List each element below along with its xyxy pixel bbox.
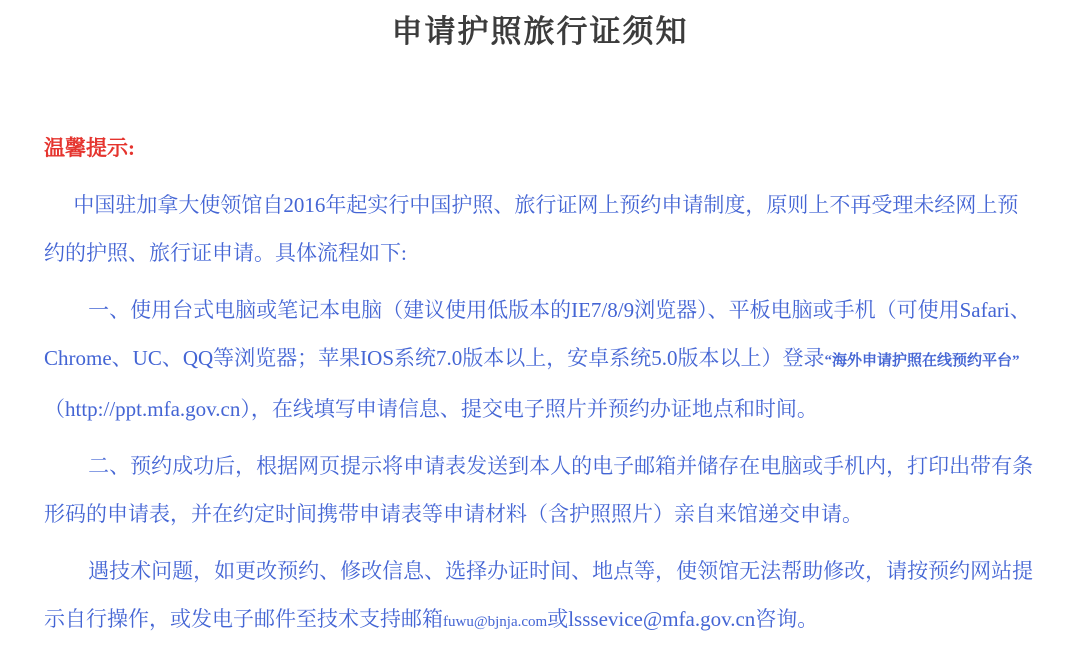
page-title: 申请护照旅行证须知 [44,12,1036,52]
text-segment: （http://ppt.mfa.gov.cn），在线填写申请信息、提交电子照片并… [44,397,818,421]
body-paragraphs: 中国驻加拿大使领馆自2016年起实行中国护照、旅行证网上预约申请制度，原则上不再… [44,181,1036,646]
paragraph-3: 二、预约成功后，根据网页提示将申请表发送到本人的电子邮箱并储存在电脑或手机内，打… [44,442,1036,538]
notice-label: 温馨提示: [44,124,1036,172]
text-segment: fuwu@bjnja.com [443,614,547,630]
notice-document: 申请护照旅行证须知 温馨提示: 中国驻加拿大使领馆自2016年起实行中国护照、旅… [0,12,1080,646]
paragraph-2: 一、使用台式电脑或笔记本电脑（建议使用低版本的IE7/8/9浏览器）、平板电脑或… [44,286,1036,433]
text-segment: “海外申请护照在线预约平台” [825,353,1020,369]
text-segment: 或lsssevice@mfa.gov.cn咨询。 [547,607,818,631]
text-segment: 中国驻加拿大使领馆自2016年起实行中国护照、旅行证网上预约申请制度，原则上不再… [44,193,1018,265]
text-segment: 二、预约成功后，根据网页提示将申请表发送到本人的电子邮箱并储存在电脑或手机内，打… [44,454,1033,526]
paragraph-1: 中国驻加拿大使领馆自2016年起实行中国护照、旅行证网上预约申请制度，原则上不再… [44,181,1036,277]
paragraph-4: 遇技术问题，如更改预约、修改信息、选择办证时间、地点等，使领馆无法帮助修改，请按… [44,547,1036,646]
